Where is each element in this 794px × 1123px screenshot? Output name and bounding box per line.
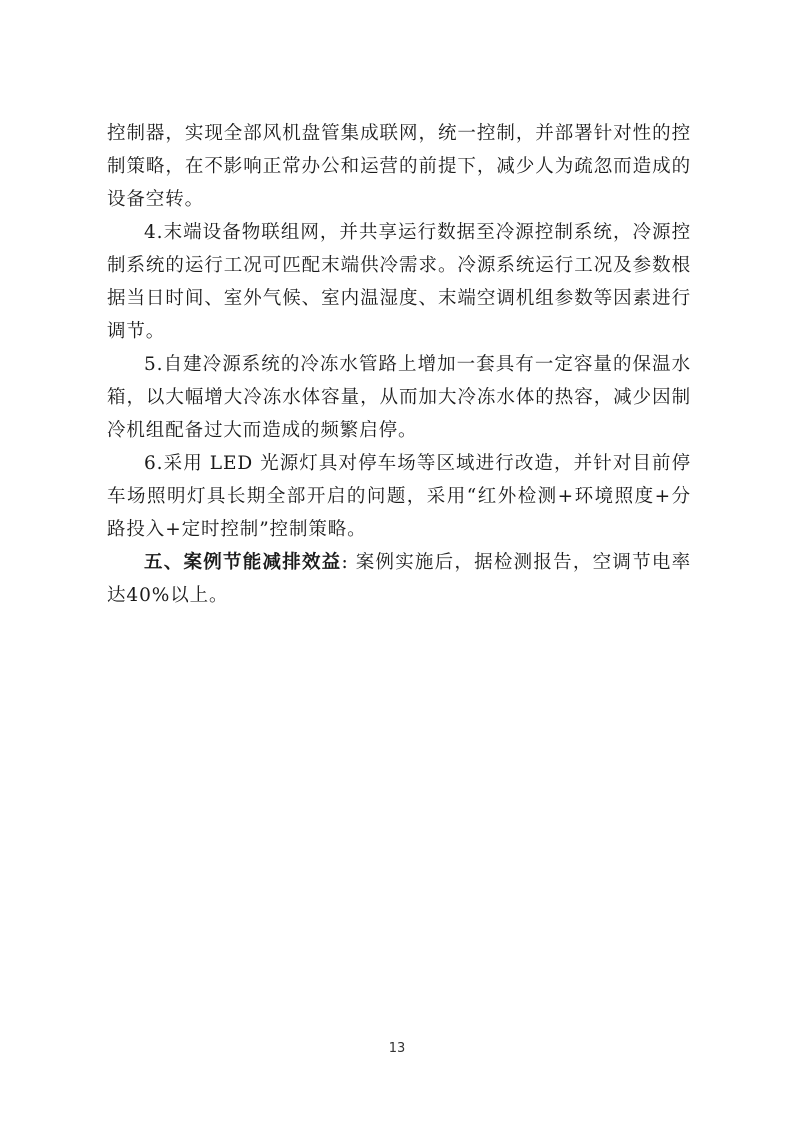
section-five-heading: 五、案例节能减排效益 (144, 552, 341, 573)
list-item-6: 6.采用 LED 光源灯具对停车场等区域进行改造，并针对目前停车场照明灯具长期全… (107, 447, 691, 546)
document-body: 控制器，实现全部风机盘管集成联网，统一控制，并部署针对性的控制策略，在不影响正常… (107, 117, 691, 612)
section-five-paragraph: 五、案例节能减排效益: 案例实施后，据检测报告，空调节电率达40%以上。 (107, 546, 691, 612)
list-item-5: 5.自建冷源系统的冷冻水管路上增加一套具有一定容量的保温水箱，以大幅增大冷冻水体… (107, 348, 691, 447)
list-item-4: 4.末端设备物联组网，并共享运行数据至冷源控制系统，冷源控制系统的运行工况可匹配… (107, 216, 691, 348)
document-page: 控制器，实现全部风机盘管集成联网，统一控制，并部署针对性的控制策略，在不影响正常… (0, 0, 794, 1123)
section-five-colon: : (341, 552, 355, 573)
paragraph-continued: 控制器，实现全部风机盘管集成联网，统一控制，并部署针对性的控制策略，在不影响正常… (107, 117, 691, 216)
page-number: 13 (0, 1041, 794, 1056)
